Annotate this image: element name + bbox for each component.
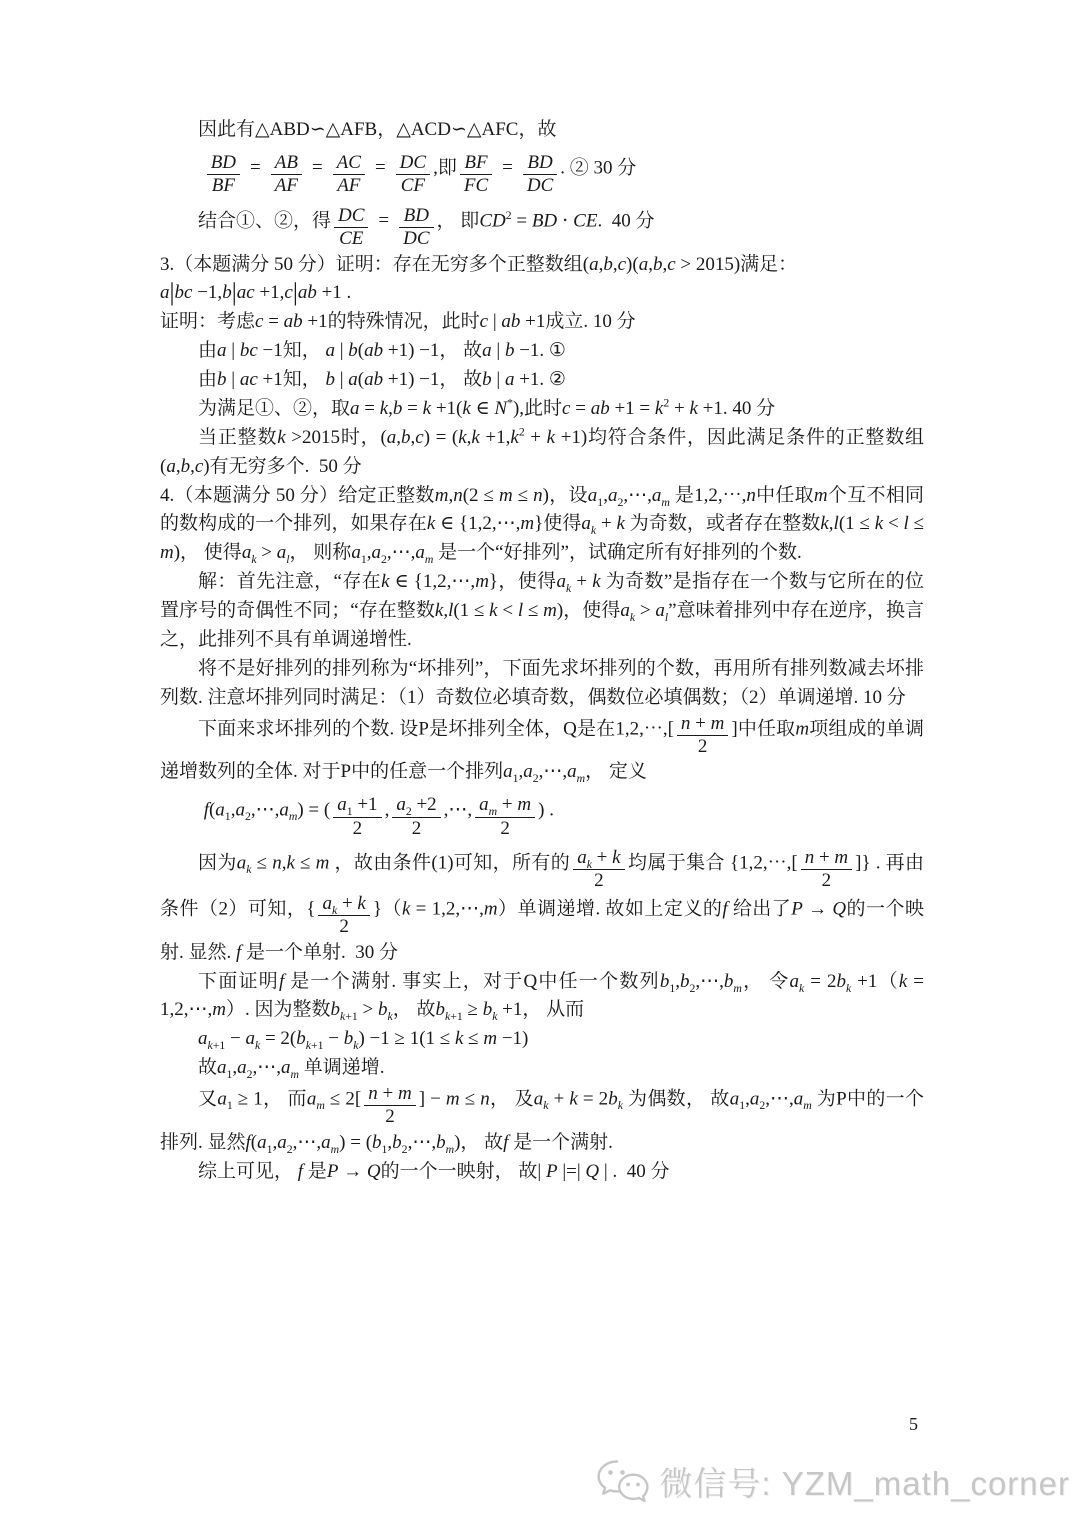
conclusion-problem-3: 当正整数k >2015时，(a,b,c) = (k,k +1,k2 + k +1…	[160, 424, 924, 482]
monotonic-conclusion: 故a1,a2,⋯,am 单调递增.	[198, 1054, 924, 1083]
equation-f-definition: f(a1,a2,⋯,am) = (a1 +12,a2 +22,⋯,am + m2…	[204, 794, 924, 840]
define-sets-P-Q: 下面来求坏排列的个数. 设P是坏排列全体，Q是在1,2,⋯,[n + m2]中任…	[160, 713, 924, 788]
line-triangle-similarity: 因此有△ABD∽△AFB，△ACD∽△AFC，故	[198, 116, 924, 145]
remark-parity-and-inversion: 解：首先注意，“存在k ∈ {1,2,⋯,m}，使得ak + k 为奇数”是指存…	[160, 568, 924, 655]
surjection-conclusion: 又a1 ≥ 1， 而am ≤ 2[n + m2] − m ≤ n， 及ak + …	[160, 1083, 924, 1158]
line-combine-conclusion: 结合①、②，得DCCE=BDDC， 即CD2 = BD ⋅ CE. 40 分	[198, 205, 924, 251]
watermark-label: 微信号: YZM_math_corner	[659, 1458, 1070, 1505]
equation-difference: ak+1 − ak = 2(bk+1 − bk) −1 ≥ 1(1 ≤ k ≤ …	[198, 1025, 924, 1054]
problem-3-statement: 3.（本题满分 50 分）证明：存在无穷多个正整数组(a,b,c)(a,b,c …	[160, 251, 924, 280]
watermark: 微信号: YZM_math_corner	[595, 1457, 1070, 1505]
wechat-icon	[595, 1457, 651, 1505]
final-conclusion: 综上可见， f 是P → Q的一个一映射， 故| P |=| Q | . 40 …	[160, 1158, 924, 1187]
equation-divisibility-conditions: a|bc −1,b|ac +1,c|ab +1 .	[160, 279, 924, 308]
document-page: 因此有△ABD∽△AFB，△ACD∽△AFC，故BDBF=ABAF=ACAF=D…	[0, 0, 1080, 1527]
bad-permutation-definition: 将不是好排列的排列称为“坏排列”，下面先求坏排列的个数，再用所有排列数减去坏排列…	[160, 655, 924, 713]
proof-special-case: 证明：考虑c = ab +1的特殊情况，此时c | ab +1成立. 10 分	[160, 308, 924, 337]
injection-argument: 因为ak ≤ n,k ≤ m ，故由条件(1)可知，所有的ak + k2均属于集…	[160, 847, 924, 968]
equation-ratio-chain: BDBF=ABAF=ACAF=DCCF,即BFFC=BDDC. ② 30 分	[204, 152, 924, 198]
problem-4-statement: 4.（本题满分 50 分）给定正整数m,n(2 ≤ m ≤ n)，设a1,a2,…	[160, 482, 924, 569]
step-divisibility-a: 由a | bc −1知， a | b(ab +1) −1， 故a | b −1.…	[198, 337, 924, 366]
document-body: 因此有△ABD∽△AFB，△ACD∽△AFC，故BDBF=ABAF=ACAF=D…	[160, 116, 924, 1187]
page-number: 5	[909, 1414, 918, 1435]
step-choose-ab: 为满足①、②，取a = k,b = k +1(k ∈ N*),此时c = ab …	[198, 395, 924, 424]
step-divisibility-b: 由b | ac +1知， b | a(ab +1) −1， 故b | a +1.…	[198, 366, 924, 395]
surjection-setup: 下面证明f 是一个满射. 事实上，对于Q中任一个数列b1,b2,⋯,bm， 令a…	[160, 968, 924, 1026]
